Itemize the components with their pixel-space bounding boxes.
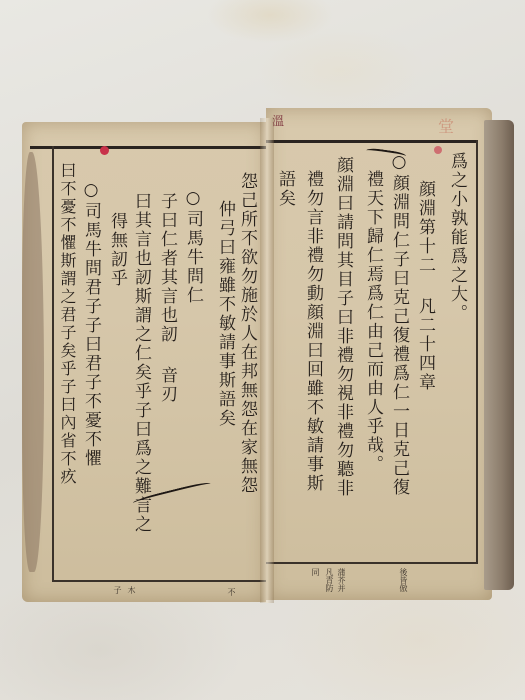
right-page: 溫 堂 爲之小孰能爲之大。 顔淵第十二 凡二十四章 ○顔淵問仁子曰克己復禮爲仁一…	[266, 108, 492, 600]
right-page-bottom-border	[266, 562, 478, 564]
left-page-side-border	[52, 146, 54, 582]
open-book: 怨己所不欲勿施於人在邦無怨在家無怨 仲弓曰雍雖不敏請事斯語矣 ○司馬牛問仁 子曰…	[22, 108, 500, 608]
left-col-1: 怨己所不欲勿施於人在邦無怨在家無怨	[236, 172, 258, 495]
right-margin-note-2: 凡青防	[324, 568, 334, 592]
right-margin-note-1: 同	[310, 568, 320, 576]
worn-edge	[22, 152, 44, 572]
left-margin-note-2: 木	[126, 586, 136, 594]
left-col-3: ○司馬牛問仁	[182, 188, 204, 305]
left-col-2: 仲弓曰雍雖不敏請事斯語矣	[214, 200, 236, 428]
right-col-6: 禮勿言非禮勿動顔淵曰回雖不敏請事斯	[302, 170, 324, 493]
left-col-7: ○司馬牛問君子子曰君子不憂不懼	[80, 180, 102, 468]
book-spine-gutter	[260, 118, 274, 603]
right-margin-note-3: 蒲芥并	[336, 568, 346, 592]
left-page: 怨己所不欲勿施於人在邦無怨在家無怨 仲弓曰雍雖不敏請事斯語矣 ○司馬牛問仁 子曰…	[22, 122, 266, 602]
right-col-1: 爲之小孰能爲之大。	[446, 152, 468, 323]
red-ink-mark	[434, 146, 442, 154]
page-stack-edge	[484, 120, 514, 590]
left-page-top-border	[30, 146, 266, 149]
left-col-6: 得無訒乎	[106, 212, 128, 288]
right-col-2-chapter-title: 顔淵第十二 凡二十四章	[414, 180, 436, 392]
left-margin-note-1: 子	[112, 586, 122, 594]
left-col-8: 曰不憂不懼斯謂之君子矣乎子曰內省不疚	[56, 162, 78, 486]
left-margin-note-3: 不	[226, 588, 236, 596]
right-col-3: ○顔淵問仁子曰克己復禮爲仁一日克己復	[388, 152, 410, 497]
right-page-side-border	[476, 140, 478, 564]
right-col-7: 語矣	[274, 170, 296, 208]
right-col-5: 顔淵曰請問其目子曰非禮勿視非禮勿聽非	[332, 156, 354, 498]
left-col-5: 曰其言也訒斯謂之仁矣乎子曰爲之難言之	[130, 192, 152, 534]
stamp-faded: 堂	[438, 114, 454, 137]
right-col-4: 禮天下歸仁焉爲仁由己而由人乎哉。	[362, 170, 384, 474]
right-margin-note-4: 後皆倣	[398, 568, 408, 592]
paper-crack	[366, 147, 407, 160]
left-col-4: 子曰仁者其言也訒 音刃	[156, 192, 178, 404]
left-page-bottom-border	[52, 580, 266, 582]
red-seal-dot	[100, 146, 109, 155]
right-page-top-border	[266, 140, 478, 143]
